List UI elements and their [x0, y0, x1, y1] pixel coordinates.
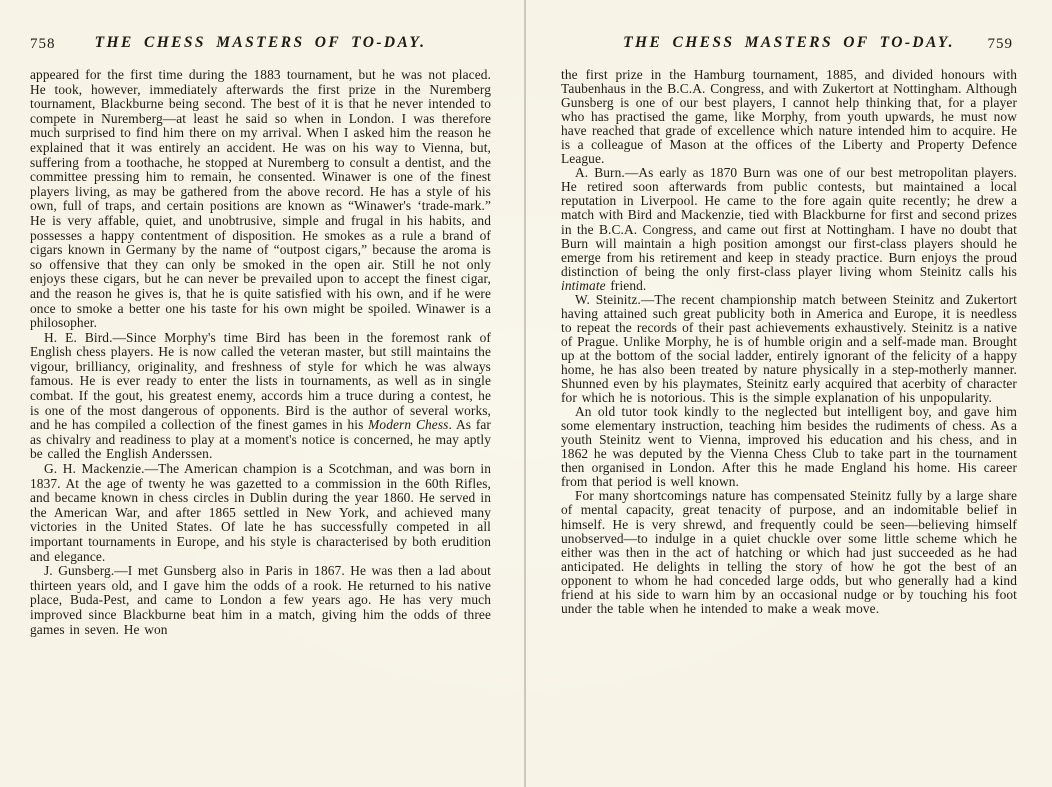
paragraph: For many shortcomings nature has compens…: [561, 489, 1017, 615]
right-page-text-column: the first prize in the Hamburg tournamen…: [561, 68, 1017, 616]
left-page-header: 758 THE CHESS MASTERS OF TO-DAY.: [30, 34, 491, 56]
page-gutter-divider: [524, 0, 526, 787]
right-page: THE CHESS MASTERS OF TO-DAY. 759 the fir…: [561, 34, 1017, 774]
italic-text: intimate: [561, 278, 606, 293]
paragraph: An old tutor took kindly to the neglecte…: [561, 405, 1017, 489]
left-page-number: 758: [30, 36, 56, 53]
paragraph: the first prize in the Hamburg tournamen…: [561, 68, 1017, 166]
left-page-text-column: appeared for the first time during the 1…: [30, 68, 491, 637]
right-running-title: THE CHESS MASTERS OF TO-DAY.: [561, 34, 1017, 52]
paragraph: G. H. Mackenzie.—The American champion i…: [30, 462, 491, 564]
right-page-header: THE CHESS MASTERS OF TO-DAY. 759: [561, 34, 1017, 56]
paragraph: appeared for the first time during the 1…: [30, 68, 491, 331]
italic-text: Modern Chess: [368, 417, 448, 432]
paragraph: J. Gunsberg.—I met Gunsberg also in Pari…: [30, 564, 491, 637]
paragraph: H. E. Bird.—Since Morphy's time Bird has…: [30, 331, 491, 462]
left-running-title: THE CHESS MASTERS OF TO-DAY.: [30, 34, 491, 52]
book-spread: 758 THE CHESS MASTERS OF TO-DAY. appeare…: [0, 0, 1052, 787]
left-page: 758 THE CHESS MASTERS OF TO-DAY. appeare…: [30, 34, 491, 774]
paragraph: A. Burn.—As early as 1870 Burn was one o…: [561, 166, 1017, 292]
right-page-number: 759: [988, 36, 1014, 53]
paragraph: W. Steinitz.—The recent championship mat…: [561, 293, 1017, 405]
